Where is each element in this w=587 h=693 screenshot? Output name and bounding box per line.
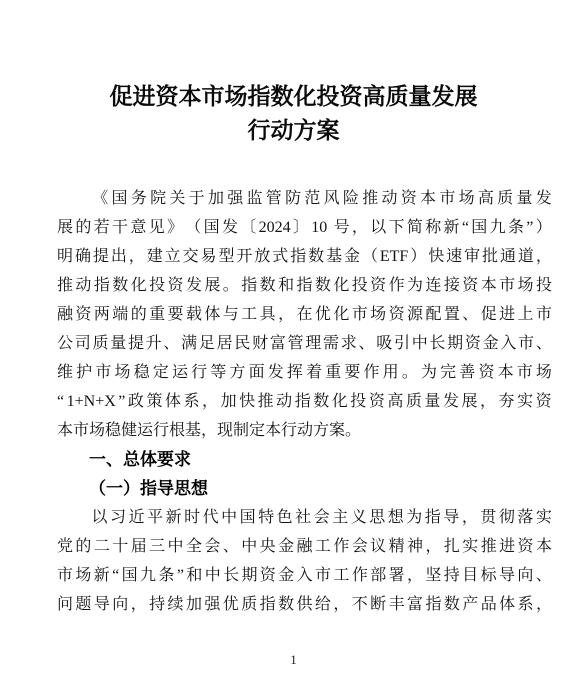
document-title: 促进资本市场指数化投资高质量发展 行动方案 bbox=[0, 0, 587, 148]
subsection-heading-guiding-ideology: （一）指导思想 bbox=[57, 474, 552, 503]
document-page: 促进资本市场指数化投资高质量发展 行动方案 《国务院关于加强监管防范风险推动资本… bbox=[0, 0, 587, 693]
intro-paragraph-line: 公司质量提升、满足居民财富管理需求、吸引中长期资金入市、 bbox=[57, 329, 552, 358]
intro-paragraph-line: 融资两端的重要载体与工具，在优化市场资源配置、促进上市 bbox=[57, 300, 552, 329]
title-line-1: 促进资本市场指数化投资高质量发展 bbox=[0, 80, 587, 114]
intro-paragraph-line: “1+N+X”政策体系，加快推动指数化投资高质量发展，夯实资 bbox=[57, 387, 552, 416]
section-heading-overall-requirements: 一、总体要求 bbox=[57, 445, 552, 474]
intro-paragraph-line: 明确提出，建立交易型开放式指数基金（ETF）快速审批通道， bbox=[57, 242, 552, 271]
intro-paragraph-line: 维护市场稳定运行等方面发挥着重要作用。为完善资本市场 bbox=[57, 358, 552, 387]
title-line-2: 行动方案 bbox=[0, 114, 587, 148]
intro-paragraph-line: 展的若干意见》（国发〔2024〕10 号，以下简称新“国九条”） bbox=[57, 213, 552, 242]
intro-paragraph-line: 本市场稳健运行根基，现制定本行动方案。 bbox=[57, 416, 552, 445]
intro-paragraph-line: 推动指数化投资发展。指数和指数化投资作为连接资本市场投 bbox=[57, 271, 552, 300]
guiding-paragraph-line: 党的二十届三中全会、中央金融工作会议精神，扎实推进资本 bbox=[57, 532, 552, 561]
document-body: 《国务院关于加强监管防范风险推动资本市场高质量发 展的若干意见》（国发〔2024… bbox=[57, 184, 552, 619]
guiding-paragraph-line: 市场新“国九条”和中长期资金入市工作部署，坚持目标导向、 bbox=[57, 561, 552, 590]
page-number: 1 bbox=[0, 653, 587, 667]
guiding-paragraph-line: 问题导向，持续加强优质指数供给，不断丰富指数产品体系， bbox=[57, 590, 552, 619]
guiding-paragraph-line: 以习近平新时代中国特色社会主义思想为指导，贯彻落实 bbox=[57, 503, 552, 532]
intro-paragraph-line: 《国务院关于加强监管防范风险推动资本市场高质量发 bbox=[57, 184, 552, 213]
